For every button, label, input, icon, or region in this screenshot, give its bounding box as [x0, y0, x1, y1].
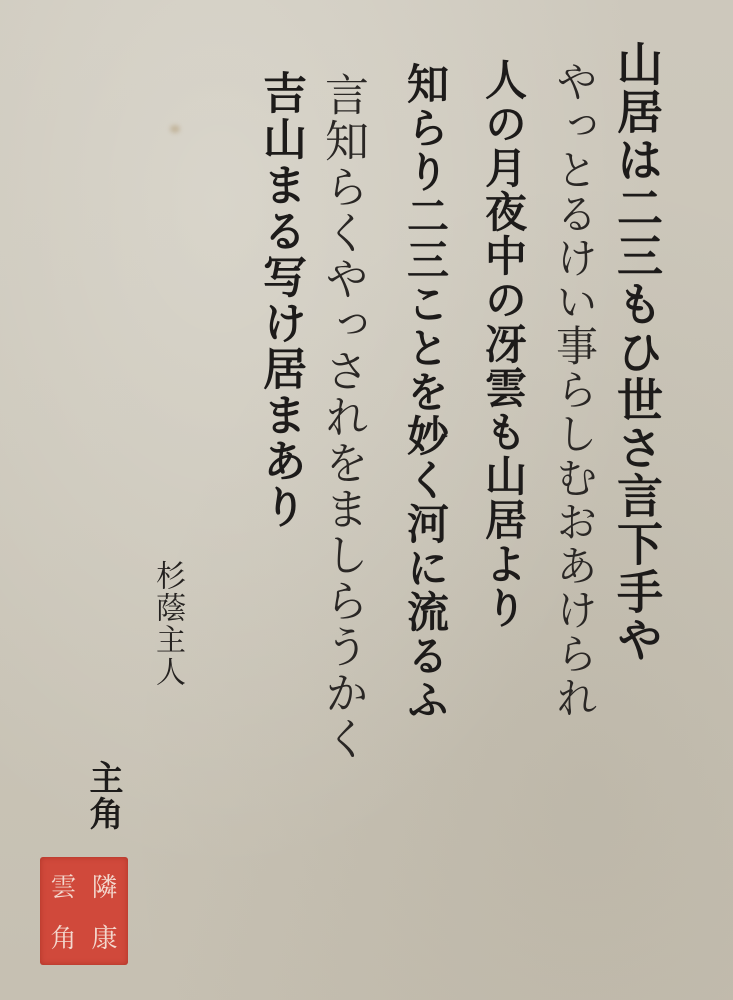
text-column-5: 言知らくやっされをましらうかく: [320, 72, 364, 762]
text-column-2: やっとるけい事らしむおあけられ: [553, 60, 595, 720]
seal-char: 雲: [44, 861, 83, 910]
text-column-1: 山居は二三もひ世さ言下手や: [614, 40, 660, 664]
signature-title: 杉蔭主人: [152, 560, 182, 688]
text-column-3: 人の月夜中の冴雲も山居より: [482, 58, 524, 630]
calligraphy-scroll: 山居は二三もひ世さ言下手や やっとるけい事らしむおあけられ 人の月夜中の冴雲も山…: [0, 0, 733, 1000]
text-column-6: 吉山まる写け居まあり: [258, 70, 302, 530]
paper-stain: [170, 125, 180, 133]
seal-char: 隣: [85, 861, 124, 910]
signature-name: 主角: [86, 760, 120, 832]
seal-char: 康: [85, 912, 124, 961]
text-column-4: 知らり二三ことを妙く河に流るふ: [404, 62, 446, 722]
red-seal-stamp: 雲 隣 角 康: [40, 857, 128, 965]
seal-char: 角: [44, 912, 83, 961]
